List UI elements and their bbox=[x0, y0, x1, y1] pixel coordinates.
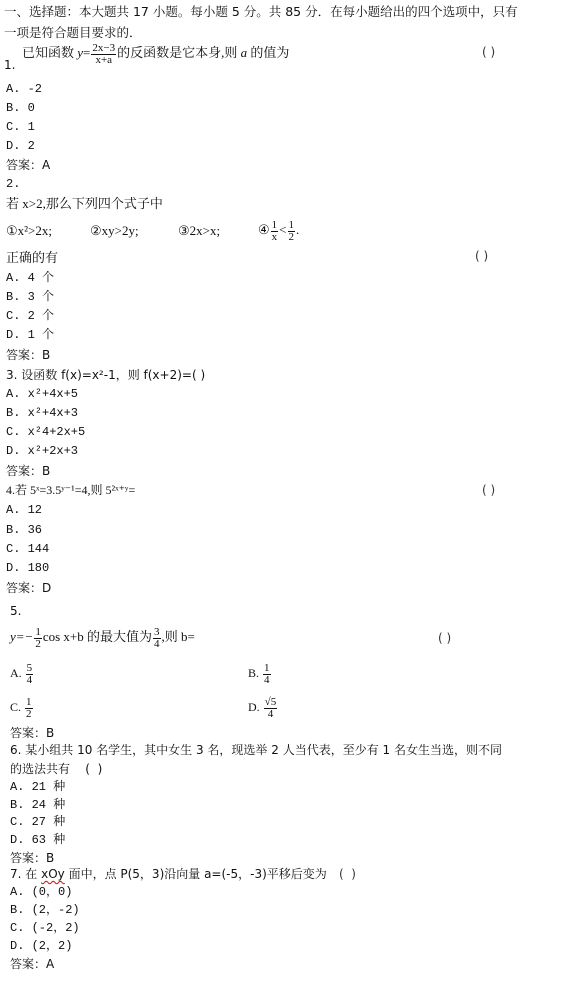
option-d: D. 63 种 bbox=[10, 832, 65, 848]
question-6-stem-line2: 的选法共有 ( ) bbox=[10, 761, 102, 777]
option-c: C. 27 种 bbox=[10, 814, 65, 830]
option-b: B. 14 bbox=[248, 660, 272, 686]
question-2-item-1: ①x²>2x; bbox=[6, 223, 52, 239]
option-a: A. x²+4x+5 bbox=[6, 386, 78, 402]
option-a: A. 4 个 bbox=[6, 270, 54, 286]
option-c: C. 144 bbox=[6, 541, 49, 557]
question-3-stem: 3. 设函数 f(x)=x²-1，则 f(x+2)=( ) bbox=[6, 367, 205, 383]
answer-label: 答案：B bbox=[6, 347, 50, 363]
question-4-stem: 4.若 5ˣ=3.5ʸ⁻¹=4,则 5²ˣ⁺ʸ= bbox=[6, 482, 135, 498]
answer-blank: ( ) bbox=[482, 44, 495, 60]
question-2-item-4: ④1x<12. bbox=[258, 216, 299, 244]
option-c: C. x²4+2x+5 bbox=[6, 424, 85, 440]
section-header-line1: 一、选择题：本大题共 17 小题。每小题 5 分。共 85 分．在每小题给出的四… bbox=[4, 4, 518, 20]
answer-label: 答案：B bbox=[10, 850, 54, 866]
section-header-line2: 一项是符合题目要求的． bbox=[4, 25, 142, 41]
option-d: D. 2 bbox=[6, 138, 35, 154]
option-d: D. √54 bbox=[248, 694, 278, 720]
question-5-stem: y=−12cos x+b 的最大值为34,则 b= bbox=[10, 623, 195, 651]
question-2-item-3: ③2x>x; bbox=[178, 223, 220, 239]
fraction: 2x−3x+a bbox=[91, 43, 116, 66]
answer-label: 答案：D bbox=[6, 580, 51, 596]
option-a: A. 54 bbox=[10, 660, 34, 686]
option-b: B. x²+4x+3 bbox=[6, 405, 78, 421]
answer-blank: ( ) bbox=[482, 482, 495, 498]
option-a: A. (0，0) bbox=[10, 884, 72, 900]
option-c: C. 12 bbox=[10, 694, 34, 720]
option-c: C. 2 个 bbox=[6, 308, 54, 324]
option-b: B. 36 bbox=[6, 522, 42, 538]
question-1-stem: 已知函数 y=2x−3x+a的反函数是它本身,则 a 的值为 bbox=[22, 40, 289, 66]
option-d: D. (2，2) bbox=[10, 938, 72, 954]
option-d: D. x²+2x+3 bbox=[6, 443, 78, 459]
option-a: A. 21 种 bbox=[10, 779, 65, 795]
question-6-stem-line1: 6. 某小组共 10 名学生，其中女生 3 名，现选举 2 人当代表，至少有 1… bbox=[10, 742, 502, 758]
option-b: B. 3 个 bbox=[6, 289, 54, 305]
answer-blank: ( ) bbox=[339, 866, 356, 882]
option-c: C. (-2，2) bbox=[10, 920, 80, 936]
answer-blank: ( ) bbox=[438, 630, 451, 646]
option-b: B. 0 bbox=[6, 100, 35, 116]
spellcheck-underline: xOy bbox=[41, 867, 65, 881]
option-b: B. (2，-2) bbox=[10, 902, 80, 918]
question-7-stem: 7. 在 xOy 面中，点 P(5，3)沿向量 a=(-5，-3)平移后变为 bbox=[10, 866, 327, 882]
question-2-item-2: ②xy>2y; bbox=[90, 223, 139, 239]
question-2-number: 2. bbox=[6, 176, 20, 192]
option-d: D. 180 bbox=[6, 560, 49, 576]
question-1-number: 1. bbox=[4, 57, 15, 73]
answer-label: 答案：A bbox=[6, 157, 50, 173]
option-a: A. -2 bbox=[6, 81, 42, 97]
question-5-number: 5. bbox=[10, 603, 21, 619]
answer-label: 答案：B bbox=[10, 725, 54, 741]
answer-label: 答案：A bbox=[10, 956, 54, 972]
option-b: B. 24 种 bbox=[10, 797, 65, 813]
option-a: A. 12 bbox=[6, 502, 42, 518]
answer-label: 答案：B bbox=[6, 463, 50, 479]
question-2-stem-line3: 正确的有 bbox=[6, 250, 58, 266]
question-2-stem-line1: 若 x>2,那么下列四个式子中 bbox=[6, 196, 163, 212]
answer-blank: ( ) bbox=[475, 248, 488, 264]
option-d: D. 1 个 bbox=[6, 327, 54, 343]
option-c: C. 1 bbox=[6, 119, 35, 135]
